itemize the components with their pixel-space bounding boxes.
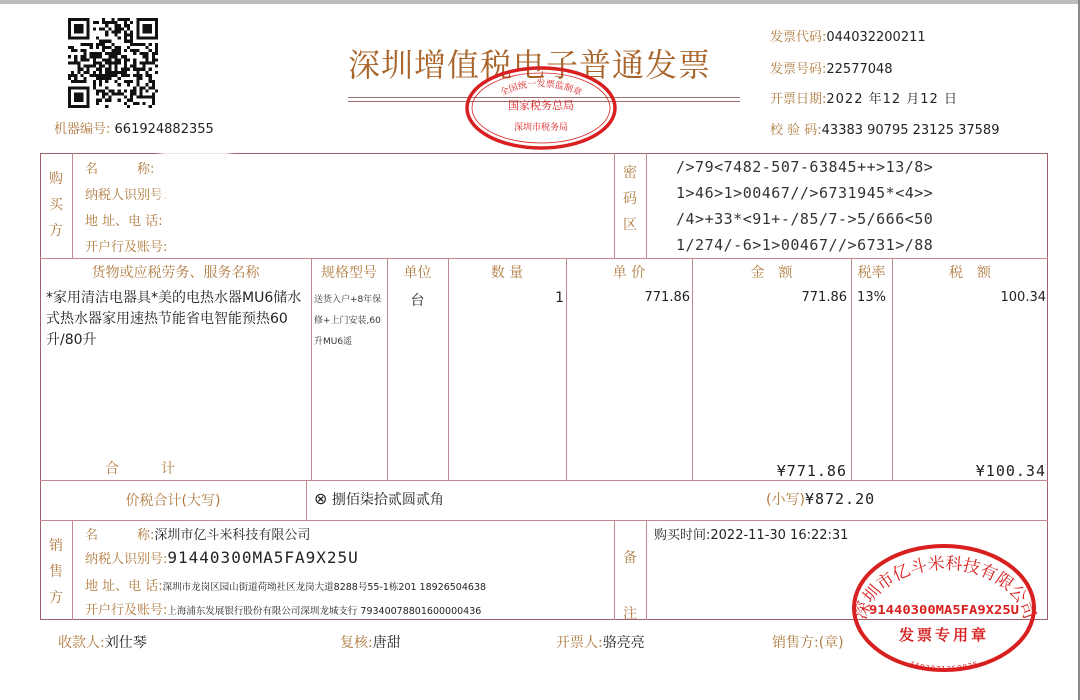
seller-bank-value: 上海浦东发展银行股份有限公司深圳龙城支行 7934007880160000043… (167, 606, 481, 617)
invoice-number-label: 发票号码: (770, 62, 826, 77)
svg-text:发票专用章: 发票专用章 (898, 626, 989, 644)
grand-total-small-value: ¥872.20 (805, 490, 875, 508)
check-code: 校 验 码:43383 90795 23125 37589 (770, 119, 999, 138)
cipher-line: 1/274/-6>1>00467//>6731>/88 (676, 236, 933, 254)
payee-value: 刘仕琴 (105, 635, 147, 651)
cipher-section-label: 密码区 (614, 160, 646, 238)
total-label: 合 计 (40, 458, 240, 478)
seller-name-row: 名 称:深圳市亿斗米科技有限公司 (85, 524, 310, 543)
col-header-unit: 单位 (387, 262, 448, 282)
payee-signature: 收款人:刘仕琴 (58, 632, 147, 652)
buyer-taxid-label: 纳税人识别号: (85, 184, 167, 203)
issuer-value: 骆亮亮 (603, 635, 645, 651)
reviewer-signature: 复核:唐甜 (340, 632, 401, 652)
col-header-price: 单 价 (566, 262, 692, 282)
invoice-code: 发票代码:044032200211 (770, 26, 926, 45)
seller-taxid-value: 91440300MA5FA9X25U (167, 548, 358, 567)
machine-number-value: 661924882355 (115, 122, 214, 137)
divider (72, 520, 73, 620)
col-header-qty: 数 量 (448, 262, 566, 282)
cipher-line: />79<7482-507-63845++>13/8> (676, 158, 933, 176)
grand-total-small: (小写)¥872.20 (766, 489, 875, 509)
remarks-text: 购买时间:2022-11-30 16:22:31 (654, 524, 848, 543)
divider (40, 258, 1048, 259)
issue-date-value: 2022 年12 月12 日 (826, 92, 958, 107)
col-header-spec: 规格型号 (311, 262, 387, 282)
cipher-line: /4>+33*<91+-/85/7->5/666<50 (676, 210, 933, 228)
title-underline (348, 97, 740, 98)
issuer-label: 开票人: (556, 635, 603, 651)
seller-name-value: 深圳市亿斗米科技有限公司 (154, 528, 310, 543)
seller-address-row: 地 址、电 话:深圳市龙岗区园山街道荷坳社区龙岗大道8288号55-1栋201 … (85, 575, 486, 594)
item-unit-price: 771.86 (566, 290, 690, 305)
machine-number: 机器编号: 661924882355 (54, 118, 214, 137)
issue-date-label: 开票日期: (770, 92, 826, 107)
buyer-address-label: 地 址、电 话: (85, 210, 163, 229)
item-tax-rate: 13% (851, 290, 892, 305)
item-name: *家用清洁电器具*美的电热水器MU6储水式热水器家用速热节能省电智能预热60升/… (46, 288, 308, 351)
buyer-section-label: 购买方 (40, 166, 72, 244)
divider (72, 153, 73, 258)
seller-address-value: 深圳市龙岗区园山街道荷坳社区龙岗大道8288号55-1栋201 18926504… (163, 582, 486, 593)
grand-total-small-label: (小写) (766, 492, 805, 508)
invoice-number: 发票号码:22577048 (770, 58, 893, 77)
seller-taxid-label: 纳税人识别号: (85, 552, 167, 567)
total-amount: ¥771.86 (692, 462, 847, 480)
divider (40, 480, 1048, 481)
redaction-blur (160, 150, 230, 200)
item-amount: 771.86 (692, 290, 847, 305)
seller-name-label: 名 称: (85, 528, 154, 543)
item-tax: 100.34 (892, 290, 1046, 305)
divider (311, 258, 312, 480)
window-top-edge (0, 0, 1080, 4)
check-code-value: 43383 90795 23125 37589 (822, 123, 1000, 138)
payee-label: 收款人: (58, 635, 105, 651)
divider (306, 480, 307, 520)
issue-date: 开票日期:2022 年12 月12 日 (770, 88, 958, 107)
seller-taxid-row: 纳税人识别号:91440300MA5FA9X25U (85, 548, 359, 567)
invoice-number-value: 22577048 (826, 62, 892, 77)
reviewer-label: 复核: (340, 635, 373, 651)
item-spec: 送货入户+8年保修+上门安装,60升MU6遥 (314, 290, 386, 353)
title-underline (348, 101, 740, 102)
divider (646, 520, 647, 620)
qr-code-icon (68, 18, 158, 108)
col-header-rate: 税率 (851, 262, 892, 282)
grand-total-uppercase-value: 捌佰柒拾贰圆贰角 (332, 492, 444, 508)
divider (40, 520, 1048, 521)
seller-address-label: 地 址、电 话: (85, 579, 163, 594)
grand-total-uppercase: ⊗ 捌佰柒拾贰圆贰角 (314, 489, 444, 509)
item-qty: 1 (448, 290, 564, 306)
cipher-line: 1>46>1>00467//>6731945*<4>> (676, 184, 933, 202)
seller-section-label: 销售方 (40, 533, 72, 611)
invoice-title: 深圳增值税电子普通发票 (348, 40, 711, 86)
svg-text:4403071350925: 4403071350925 (908, 660, 979, 673)
col-header-name: 货物或应税劳务、服务名称 (40, 262, 311, 282)
machine-number-label: 机器编号: (54, 122, 110, 137)
buyer-bank-label: 开户行及账号: (85, 236, 167, 255)
buyer-name-label: 名 称: (85, 158, 154, 177)
seller-seal-signature: 销售方:(章) (772, 632, 844, 652)
col-header-tax: 税 额 (892, 262, 1048, 282)
invoice-code-value: 044032200211 (826, 30, 925, 45)
check-code-label: 校 验 码: (770, 123, 822, 138)
seller-seal-label: 销售方:(章) (772, 635, 844, 651)
seller-bank-row: 开户行及账号:上海浦东发展银行股份有限公司深圳龙城支行 793400788016… (85, 599, 481, 618)
item-unit: 台 (387, 290, 448, 310)
seller-bank-label: 开户行及账号: (85, 603, 167, 618)
invoice-code-label: 发票代码: (770, 30, 826, 45)
col-header-amount: 金 额 (692, 262, 851, 282)
reviewer-value: 唐甜 (373, 635, 401, 651)
svg-text:深圳市税务局: 深圳市税务局 (514, 121, 568, 133)
circled-x-icon: ⊗ (314, 489, 327, 508)
issuer-signature: 开票人:骆亮亮 (556, 632, 645, 652)
grand-total-label: 价税合计(大写) (40, 490, 306, 510)
divider (646, 153, 647, 258)
total-tax: ¥100.34 (892, 462, 1046, 480)
remarks-section-label: 备注 (614, 530, 646, 642)
